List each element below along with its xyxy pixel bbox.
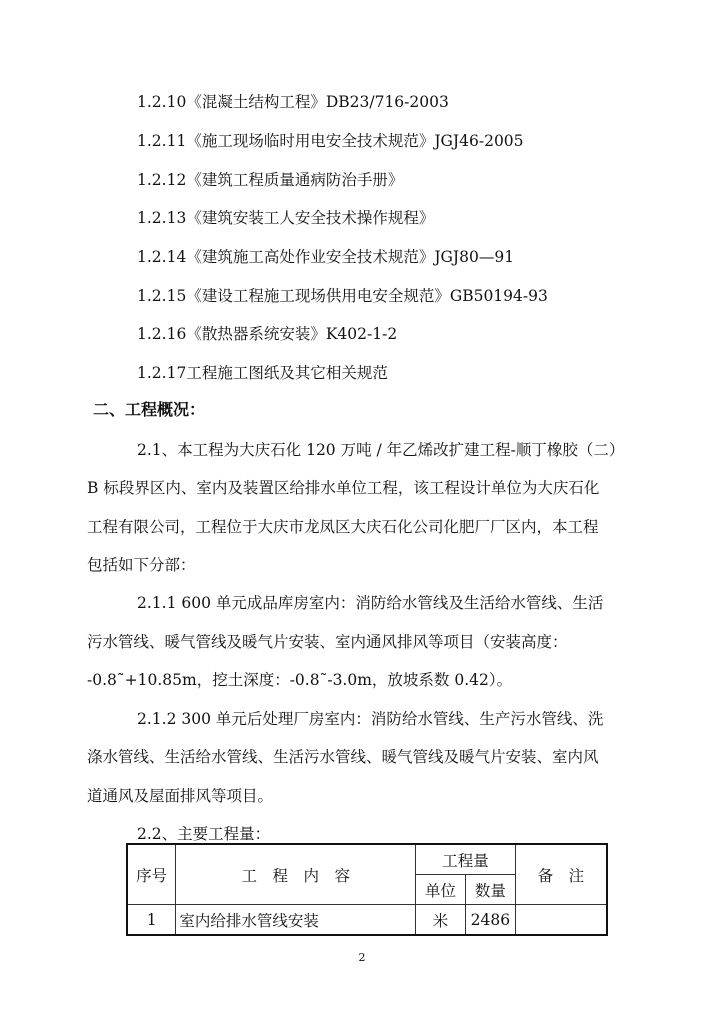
cell-seq: 1: [127, 905, 176, 936]
paragraph-line: 2.1.2 300 单元后处理厂房室内：消防给水管线、生产污水管线、洗: [137, 709, 603, 729]
cell-remark: [515, 905, 607, 936]
reference-item: 1.2.14《建筑施工高处作业安全技术规范》JGJ80—91: [137, 247, 514, 267]
paragraph-line: 包括如下分部：: [87, 555, 196, 575]
reference-item: 1.2.11《施工现场临时用电安全技术规范》JGJ46-2005: [137, 131, 524, 151]
reference-item: 1.2.13《建筑安装工人安全技术操作规程》: [137, 208, 434, 228]
paragraph-line: B 标段界区内、室内及装置区给排水单位工程，该工程设计单位为大庆石化: [87, 478, 599, 498]
header-seq: 序号: [127, 844, 176, 905]
cell-amount: 2486: [465, 905, 515, 936]
quantities-table: 序号 工 程 内 容 工程量 备 注 单位 数量 1 室内给排水管线安装 米 2…: [126, 843, 608, 936]
header-unit: 单位: [416, 875, 466, 905]
reference-item: 1.2.10《混凝土结构工程》DB23/716-2003: [137, 92, 449, 112]
paragraph-line: 污水管线、暖气管线及暖气片安装、室内通风排风等项目（安装高度：: [87, 632, 568, 652]
paragraph-line: 道通风及屋面排风等项目。: [87, 786, 273, 806]
paragraph-line: 2.2、主要工程量：: [137, 824, 270, 844]
paragraph-line: -0.8˜+10.85m，挖土深度：-0.8˜-3.0m，放坡系数 0.42）。: [87, 670, 512, 690]
header-amount: 数量: [465, 875, 515, 905]
cell-content: 室内给排水管线安装: [176, 905, 416, 936]
section-heading: 二、工程概况：: [93, 400, 205, 420]
header-quantity-group: 工程量: [416, 844, 516, 875]
reference-item: 1.2.16《散热器系统安装》K402-1-2: [137, 324, 397, 344]
page-number: 2: [0, 951, 724, 964]
cell-unit: 米: [416, 905, 466, 936]
header-content: 工 程 内 容: [176, 844, 416, 905]
paragraph-line: 2.1.1 600 单元成品库房室内：消防给水管线及生活给水管线、生活: [137, 593, 603, 613]
reference-item: 1.2.15《建设工程施工现场供用电安全规范》GB50194-93: [137, 286, 548, 306]
header-remark: 备 注: [515, 844, 607, 905]
reference-item: 1.2.12《建筑工程质量通病防治手册》: [137, 170, 403, 190]
paragraph-line: 2.1、本工程为大庆石化 120 万吨 / 年乙烯改扩建工程-顺丁橡胶（二）: [137, 440, 624, 460]
paragraph-line: 工程有限公司，工程位于大庆市龙凤区大庆石化公司化肥厂厂区内，本工程: [87, 517, 599, 537]
table-row: 1 室内给排水管线安装 米 2486: [127, 905, 607, 936]
paragraph-line: 涤水管线、生活给水管线、生活污水管线、暖气管线及暖气片安装、室内风: [87, 747, 599, 767]
reference-item: 1.2.17工程施工图纸及其它相关规范: [137, 363, 388, 383]
